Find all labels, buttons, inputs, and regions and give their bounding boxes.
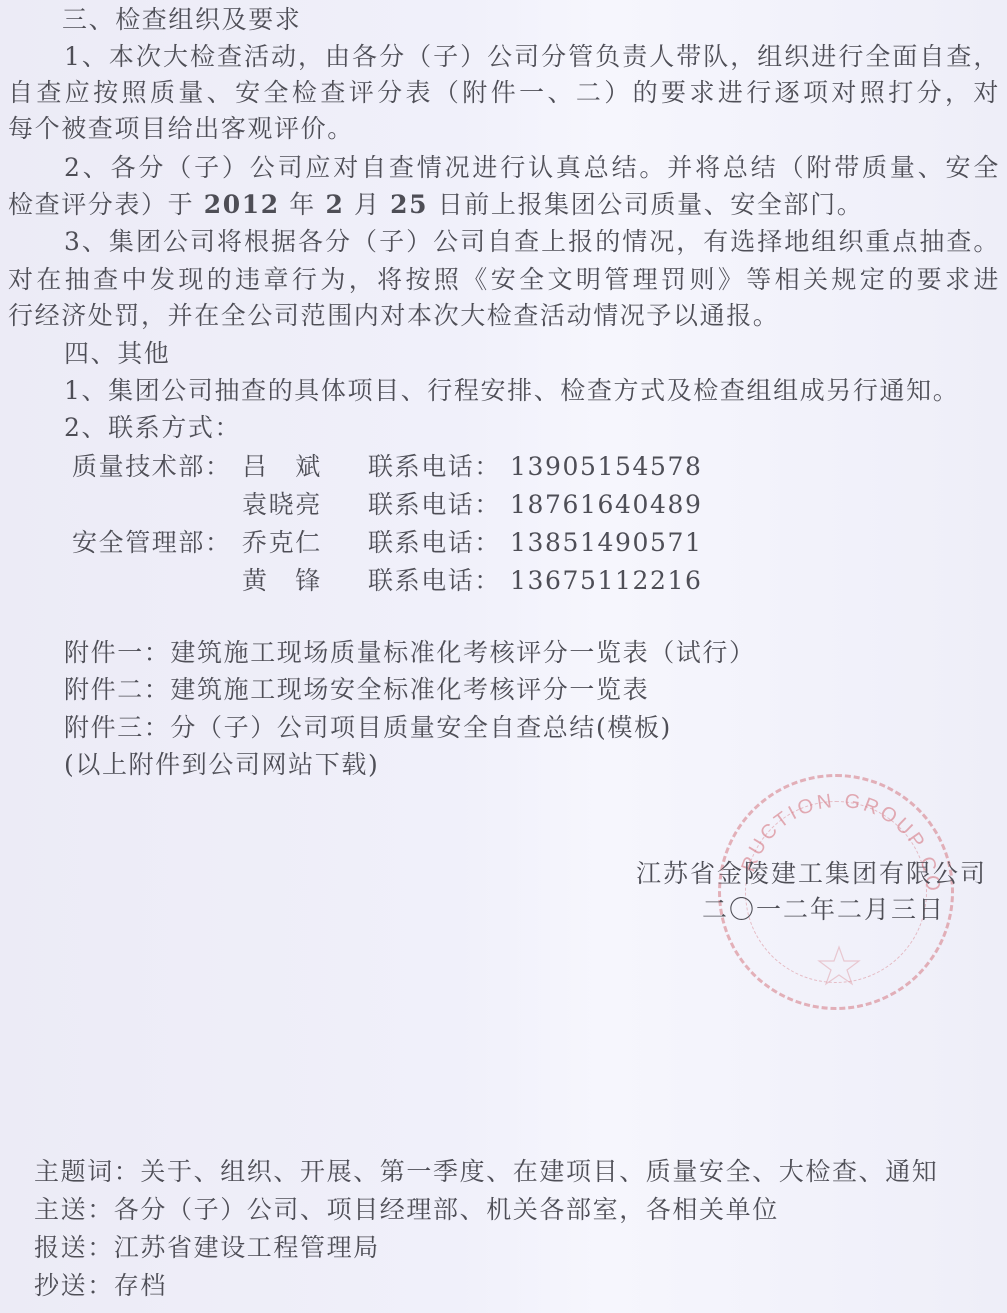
issuing-company: 江苏省金陵建工集团有限公司 [636, 858, 987, 890]
footer-main-recipients: 主送：各分（子）公司、项目经理部、机关各部室，各相关单位 [34, 1194, 779, 1226]
section3-item3-line1: 3、集团公司将根据各分（子）公司自查上报的情况，有选择地组织重点抽查。 [64, 226, 1000, 258]
contact-phone-label: 联系电话： [368, 451, 501, 483]
section3-item3-line2: 对在抽查中发现的违章行为，将按照《安全文明管理罚则》等相关规定的要求进 [8, 264, 1000, 296]
contact-phone: 13675112216 [510, 565, 703, 597]
contact-name: 黄 锋 [242, 565, 322, 597]
attachment-2: 附件二：建筑施工现场安全标准化考核评分一览表 [64, 674, 649, 706]
footer-cc: 抄送：存档 [34, 1270, 167, 1302]
section4-heading: 四、其他 [64, 338, 170, 370]
contact-phone: 13905154578 [510, 451, 703, 483]
section3-item1-line3: 每个被查项目给出客观评价。 [8, 113, 354, 145]
company-seal-stamp: RUCTION GROUP CO [718, 774, 954, 1010]
contact-phone: 18761640489 [510, 489, 703, 521]
section3-item2-line1: 2、各分（子）公司应对自查情况进行认真总结。并将总结（附带质量、安全 [64, 152, 1000, 184]
contact-name: 乔克仁 [242, 527, 322, 559]
deadline-year: 2012 [204, 190, 280, 219]
section3-heading: 三、检查组织及要求 [62, 4, 301, 36]
item2-text-post: 日前上报集团公司质量、安全部门。 [438, 190, 864, 219]
contact-department: 安全管理部： [72, 527, 232, 559]
contact-name: 袁晓亮 [242, 489, 322, 521]
footer-report-to: 报送：江苏省建设工程管理局 [34, 1232, 380, 1264]
footer-keywords: 主题词：关于、组织、开展、第一季度、在建项目、质量安全、大检查、通知 [34, 1156, 938, 1188]
issue-date: 二〇一二年二月三日 [702, 894, 945, 926]
deadline-day: 25 [390, 190, 428, 219]
contact-phone-label: 联系电话： [368, 489, 501, 521]
attachment-1: 附件一：建筑施工现场质量标准化考核评分一览表（试行） [64, 637, 756, 669]
section4-item1: 1、集团公司抽查的具体项目、行程安排、检查方式及检查组组成另行通知。 [64, 375, 959, 407]
contact-row: 袁晓亮 联系电话： 18761640489 [0, 489, 1007, 521]
contact-phone-label: 联系电话： [368, 527, 501, 559]
attachments-note: (以上附件到公司网站下载) [64, 749, 379, 781]
contact-phone: 13851490571 [510, 527, 703, 559]
section3-item2-line2: 检查评分表）于 2012 年 2 月 25 日前上报集团公司质量、安全部门。 [8, 189, 863, 221]
item2-text-pre: 检查评分表）于 [8, 190, 194, 219]
contact-row: 安全管理部： 乔克仁 联系电话： 13851490571 [0, 527, 1007, 559]
section3-item1-line2: 自查应按照质量、安全检查评分表（附件一、二）的要求进行逐项对照打分，对 [8, 77, 1000, 109]
contact-name: 吕 斌 [242, 451, 322, 483]
document-page: 三、检查组织及要求 1、本次大检查活动，由各分（子）公司分管负责人带队，组织进行… [0, 0, 1007, 1313]
section3-item1-line1: 1、本次大检查活动，由各分（子）公司分管负责人带队，组织进行全面自查， [64, 41, 1000, 73]
deadline-month: 2 [325, 190, 344, 219]
deadline-year-unit: 年 [289, 190, 316, 219]
contact-department: 质量技术部： [72, 451, 232, 483]
contact-phone-label: 联系电话： [368, 565, 501, 597]
deadline-month-unit: 月 [354, 190, 381, 219]
section3-item3-line3: 行经济处罚，并在全公司范围内对本次大检查活动情况予以通报。 [8, 300, 779, 332]
attachment-3: 附件三：分（子）公司项目质量安全自查总结(模板) [64, 712, 672, 744]
section4-item2: 2、联系方式： [64, 412, 241, 444]
contact-row: 黄 锋 联系电话： 13675112216 [0, 565, 1007, 597]
contact-row: 质量技术部： 吕 斌 联系电话： 13905154578 [0, 451, 1007, 483]
